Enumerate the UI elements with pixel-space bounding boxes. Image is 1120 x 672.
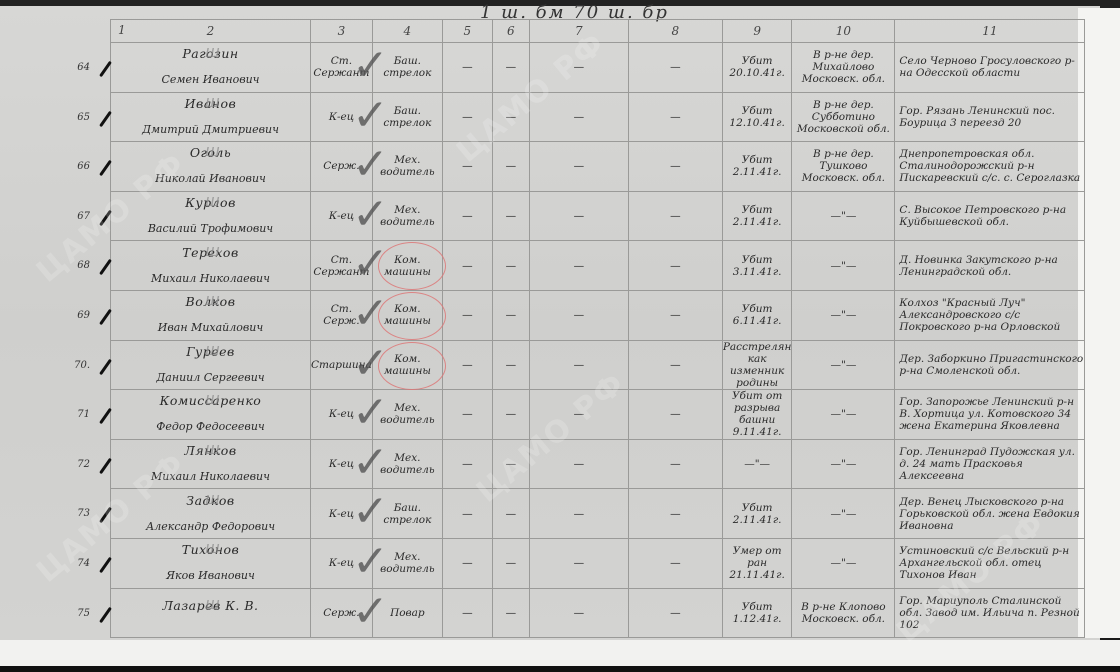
col5-cell: — (442, 191, 492, 241)
table-row: КомиссаренкошФедор ФедосеевичК-ецМех. во… (111, 390, 1085, 440)
pencil-mark-icon: ш (205, 489, 220, 508)
fate-cell: Расстрелян как изменник родины (722, 340, 792, 390)
col5-cell: — (442, 390, 492, 440)
address-cell: Д. Новинка Закутского р-на Ленинградской… (895, 241, 1085, 291)
col8-cell: — (628, 92, 722, 142)
name-cell: ГуреевшДаниил Сергеевич (111, 340, 311, 390)
name-cell: ТереховшМихаил Николаевич (111, 241, 311, 291)
check-mark-icon: ✓ (352, 143, 389, 187)
address-cell: Днепропетровская обл. Сталинодорожский р… (895, 142, 1085, 192)
col7-text: — (574, 111, 585, 123)
pencil-mark-icon: ш (205, 594, 220, 613)
table-row: ЛянковшМихаил НиколаевичК-ецМех. водител… (111, 439, 1085, 489)
col8-cell: — (628, 439, 722, 489)
column-header-5: 5 (442, 20, 492, 43)
given-names: Федор Федосеевич (111, 421, 310, 433)
col6-cell: — (492, 588, 529, 638)
rank-text: К-ец (329, 508, 354, 520)
fate-text: Убит от разрыва башни 9.11.41г. (732, 390, 782, 438)
row-number: 64 (60, 62, 90, 73)
col6-text: — (506, 557, 517, 569)
row-number: 72 (60, 459, 90, 470)
col8-cell: — (628, 340, 722, 390)
address-text: Колхоз "Красный Луч" Александровского с/… (899, 297, 1060, 333)
fate-text: —"— (744, 458, 770, 470)
col8-text: — (670, 557, 681, 569)
check-mark-icon: ✓ (352, 441, 389, 485)
col8-cell: — (628, 142, 722, 192)
given-names: Иван Михайлович (111, 322, 310, 334)
check-mark-icon: ✓ (352, 540, 389, 584)
col7-cell: — (529, 538, 628, 588)
table-row: ТихоновшЯков ИвановичК-ецМех. водитель——… (111, 538, 1085, 588)
col8-cell: — (628, 43, 722, 93)
fate-cell: —"— (722, 439, 792, 489)
place-cell: —"— (792, 439, 895, 489)
col5-text: — (462, 309, 473, 321)
place-cell: В р-не дер. Михайлово Московск. обл. (792, 43, 895, 93)
name-cell: ОгольшНиколай Иванович (111, 142, 311, 192)
col6-text: — (506, 111, 517, 123)
fate-text: Убит 2.11.41г. (733, 502, 782, 526)
place-cell: В р-не Клопово Московск. обл. (792, 588, 895, 638)
table-row: ВолковшИван МихайловичСт. Серж.Ком. маши… (111, 290, 1085, 340)
given-names: Александр Федорович (111, 521, 310, 533)
row-number: 71 (60, 409, 90, 420)
col8-text: — (670, 408, 681, 420)
col5-text: — (462, 210, 473, 222)
row-number: 68 (60, 260, 90, 271)
fate-text: Убит 12.10.41г. (729, 105, 784, 129)
place-text: —"— (830, 458, 856, 470)
col7-text: — (574, 160, 585, 172)
row-number: 74 (60, 558, 90, 569)
pencil-mark-icon: ш (205, 290, 220, 309)
fate-cell: Убит 1.12.41г. (722, 588, 792, 638)
col5-text: — (462, 408, 473, 420)
col6-cell: — (492, 340, 529, 390)
fate-text: Убит 3.11.41г. (733, 254, 782, 278)
col8-cell: — (628, 489, 722, 539)
address-text: Гор. Мариуполь Сталинской обл. Завод им.… (899, 595, 1079, 631)
check-mark-icon: ✓ (352, 44, 389, 88)
casualty-table: 2 3 4 5 6 7 8 9 10 11 РагозиншСемен Иван… (110, 19, 1085, 638)
column-header-9: 9 (722, 20, 792, 43)
row-number: 70. (60, 360, 90, 371)
table-row: ТереховшМихаил НиколаевичСт. СержантКом.… (111, 241, 1085, 291)
table-row: РагозиншСемен ИвановичСт. СержантБаш. ст… (111, 43, 1085, 93)
col6-cell: — (492, 241, 529, 291)
rank-text: К-ец (329, 408, 354, 420)
col5-cell: — (442, 340, 492, 390)
pencil-mark-icon: ш (205, 390, 220, 409)
role-text: Баш. стрелок (383, 502, 431, 526)
role-text: Баш. стрелок (383, 105, 431, 129)
col8-cell: — (628, 191, 722, 241)
column-header-8: 8 (628, 20, 722, 43)
col6-cell: — (492, 390, 529, 440)
col5-cell: — (442, 538, 492, 588)
table-row: КурловшВасилий ТрофимовичК-ецМех. водите… (111, 191, 1085, 241)
pencil-mark-icon: ш (205, 538, 220, 557)
place-cell: —"— (792, 290, 895, 340)
col6-cell: — (492, 489, 529, 539)
given-names: Яков Иванович (111, 570, 310, 582)
row-number: 73 (60, 508, 90, 519)
col7-cell: — (529, 340, 628, 390)
col8-cell: — (628, 390, 722, 440)
given-names: Даниил Сергеевич (111, 372, 310, 384)
col5-text: — (462, 557, 473, 569)
row-number: 69 (60, 310, 90, 321)
name-cell: ЛянковшМихаил Николаевич (111, 439, 311, 489)
col5-cell: — (442, 241, 492, 291)
row-number: 75 (60, 608, 90, 619)
place-text: —"— (830, 260, 856, 272)
col7-cell: — (529, 92, 628, 142)
address-text: Гор. Запорожье Ленинский р-н В. Хортица … (899, 396, 1074, 432)
column-header-2: 2 (111, 20, 311, 43)
col8-text: — (670, 61, 681, 73)
given-names: Михаил Николаевич (111, 273, 310, 285)
place-cell: —"— (792, 191, 895, 241)
col7-cell: — (529, 390, 628, 440)
pencil-mark-icon: ш (205, 43, 220, 62)
col5-text: — (462, 260, 473, 272)
fate-text: Убит 6.11.41г. (733, 303, 782, 327)
address-cell: Дер. Венец Лысковского р-на Горьковской … (895, 489, 1085, 539)
fate-cell: Убит от разрыва башни 9.11.41г. (722, 390, 792, 440)
place-cell: —"— (792, 538, 895, 588)
col8-text: — (670, 260, 681, 272)
fate-cell: Умер от ран 21.11.41г. (722, 538, 792, 588)
role-text: Баш. стрелок (383, 55, 431, 79)
column-header-11: 11 (895, 20, 1085, 43)
column-header-7: 7 (529, 20, 628, 43)
col5-text: — (462, 508, 473, 520)
pencil-mark-icon: ш (205, 92, 220, 111)
fate-text: Убит 2.11.41г. (733, 204, 782, 228)
col5-text: — (462, 160, 473, 172)
col7-text: — (574, 607, 585, 619)
col8-cell: — (628, 538, 722, 588)
scan-bottom-edge (0, 666, 1120, 672)
rank-text: К-ец (329, 557, 354, 569)
row-number: 66 (60, 161, 90, 172)
given-names: Дмитрий Дмитриевич (111, 124, 310, 136)
fate-text: Умер от ран 21.11.41г. (729, 545, 784, 581)
pencil-mark-icon: ш (205, 439, 220, 458)
col8-text: — (670, 359, 681, 371)
place-cell: В р-не дер. Субботино Московской обл. (792, 92, 895, 142)
given-names: Николай Иванович (111, 173, 310, 185)
col7-text: — (574, 61, 585, 73)
address-cell: Устиновский с/с Вельский р-н Архангельск… (895, 538, 1085, 588)
address-cell: Гор. Ленинград Пудожская ул. д. 24 мать … (895, 439, 1085, 489)
place-text: —"— (830, 508, 856, 520)
col6-cell: — (492, 43, 529, 93)
table-row: ОгольшНиколай ИвановичСерж.Мех. водитель… (111, 142, 1085, 192)
address-text: Д. Новинка Закутского р-на Ленинградской… (899, 254, 1057, 278)
address-text: Село Черново Гросуловского р-на Одесской… (899, 55, 1074, 79)
address-text: Днепропетровская обл. Сталинодорожский р… (899, 148, 1080, 184)
col6-text: — (506, 359, 517, 371)
name-cell: ТихоновшЯков Иванович (111, 538, 311, 588)
col8-text: — (670, 458, 681, 470)
place-text: —"— (830, 359, 856, 371)
address-cell: Дер. Заборкино Пригастинского р-на Смоле… (895, 340, 1085, 390)
column-header-10: 10 (792, 20, 895, 43)
name-cell: ИвановшДмитрий Дмитриевич (111, 92, 311, 142)
address-cell: Колхоз "Красный Луч" Александровского с/… (895, 290, 1085, 340)
col6-text: — (506, 61, 517, 73)
rank-text: К-ец (329, 210, 354, 222)
col6-text: — (506, 458, 517, 470)
check-mark-icon: ✓ (352, 193, 389, 237)
address-text: Дер. Заборкино Пригастинского р-на Смоле… (899, 353, 1083, 377)
pencil-mark-icon: ш (205, 191, 220, 210)
col7-cell: — (529, 439, 628, 489)
col6-text: — (506, 160, 517, 172)
col8-cell: — (628, 588, 722, 638)
given-names: Василий Трофимович (111, 223, 310, 235)
rank-text: К-ец (329, 458, 354, 470)
address-text: Устиновский с/с Вельский р-н Архангельск… (899, 545, 1069, 581)
fate-cell: Убит 2.11.41г. (722, 142, 792, 192)
row-number: 65 (60, 112, 90, 123)
address-cell: Гор. Рязань Ленинский пос. Боурица 3 пер… (895, 92, 1085, 142)
col5-text: — (462, 458, 473, 470)
address-text: Гор. Ленинград Пудожская ул. д. 24 мать … (899, 446, 1075, 482)
address-cell: Гор. Мариуполь Сталинской обл. Завод им.… (895, 588, 1085, 638)
name-cell: КомиссаренкошФедор Федосеевич (111, 390, 311, 440)
table-row: ГуреевшДаниил СергеевичСтаршинаКом. маши… (111, 340, 1085, 390)
col5-text: — (462, 111, 473, 123)
place-text: —"— (830, 210, 856, 222)
place-text: В р-не дер. Субботино Московской обл. (797, 99, 890, 135)
col7-text: — (574, 260, 585, 272)
col5-cell: — (442, 290, 492, 340)
col7-cell: — (529, 489, 628, 539)
name-cell: КурловшВасилий Трофимович (111, 191, 311, 241)
place-text: —"— (830, 309, 856, 321)
check-mark-icon: ✓ (352, 490, 389, 534)
fate-text: Расстрелян как изменник родины (723, 341, 792, 389)
col5-cell: — (442, 92, 492, 142)
col6-cell: — (492, 290, 529, 340)
address-cell: Гор. Запорожье Ленинский р-н В. Хортица … (895, 390, 1085, 440)
given-names: Михаил Николаевич (111, 471, 310, 483)
address-text: С. Высокое Петровского р-на Куйбышевской… (899, 204, 1066, 228)
col7-text: — (574, 508, 585, 520)
red-circle-annotation (378, 292, 446, 340)
col7-text: — (574, 557, 585, 569)
place-text: В р-не дер. Михайлово Московск. обл. (802, 49, 885, 85)
col5-cell: — (442, 439, 492, 489)
row-number: 67 (60, 211, 90, 222)
col8-cell: — (628, 290, 722, 340)
col5-cell: — (442, 142, 492, 192)
place-cell: —"— (792, 390, 895, 440)
col7-text: — (574, 309, 585, 321)
fate-cell: Убит 20.10.41г. (722, 43, 792, 93)
name-cell: Лазарев К. В.ш (111, 588, 311, 638)
place-cell: В р-не дер. Тушково Московск. обл. (792, 142, 895, 192)
col8-text: — (670, 607, 681, 619)
check-mark-icon: ✓ (352, 391, 389, 435)
place-text: —"— (830, 557, 856, 569)
col6-text: — (506, 607, 517, 619)
fate-cell: Убит 2.11.41г. (722, 191, 792, 241)
pencil-mark-icon: ш (205, 142, 220, 161)
col7-text: — (574, 359, 585, 371)
col6-cell: — (492, 191, 529, 241)
col6-text: — (506, 508, 517, 520)
col5-cell: — (442, 489, 492, 539)
col5-text: — (462, 607, 473, 619)
col7-cell: — (529, 142, 628, 192)
col6-cell: — (492, 439, 529, 489)
place-cell: —"— (792, 241, 895, 291)
table-row: ИвановшДмитрий ДмитриевичК-ецБаш. стрело… (111, 92, 1085, 142)
col7-cell: — (529, 191, 628, 241)
col6-cell: — (492, 142, 529, 192)
col6-cell: — (492, 92, 529, 142)
col7-text: — (574, 210, 585, 222)
col7-text: — (574, 458, 585, 470)
col7-cell: — (529, 241, 628, 291)
col7-cell: — (529, 43, 628, 93)
table-row: ЗадковшАлександр ФедоровичК-ецБаш. стрел… (111, 489, 1085, 539)
address-text: Гор. Рязань Ленинский пос. Боурица 3 пер… (899, 105, 1055, 129)
col6-text: — (506, 260, 517, 272)
fate-text: Убит 2.11.41г. (733, 154, 782, 178)
col8-text: — (670, 508, 681, 520)
check-mark-icon: ✓ (352, 590, 389, 634)
pencil-mark-icon: ш (205, 241, 220, 260)
address-cell: Село Черново Гросуловского р-на Одесской… (895, 43, 1085, 93)
col5-text: — (462, 61, 473, 73)
col8-text: — (670, 111, 681, 123)
col8-text: — (670, 309, 681, 321)
col5-cell: — (442, 588, 492, 638)
role-text: Повар (390, 607, 425, 619)
rank-text: К-ец (329, 111, 354, 123)
name-cell: РагозиншСемен Иванович (111, 43, 311, 93)
place-text: В р-не Клопово Московск. обл. (801, 601, 885, 625)
red-circle-annotation (378, 342, 446, 390)
name-cell: ВолковшИван Михайлович (111, 290, 311, 340)
col5-cell: — (442, 43, 492, 93)
fate-cell: Убит 12.10.41г. (722, 92, 792, 142)
header-row: 2 3 4 5 6 7 8 9 10 11 (111, 20, 1085, 43)
fate-text: Убит 1.12.41г. (733, 601, 782, 625)
place-cell: —"— (792, 489, 895, 539)
fate-cell: Убит 3.11.41г. (722, 241, 792, 291)
check-mark-icon: ✓ (352, 94, 389, 138)
col7-text: — (574, 408, 585, 420)
col6-cell: — (492, 538, 529, 588)
fate-cell: Убит 2.11.41г. (722, 489, 792, 539)
fate-cell: Убит 6.11.41г. (722, 290, 792, 340)
address-text: Дер. Венец Лысковского р-на Горьковской … (899, 496, 1079, 532)
place-text: В р-не дер. Тушково Московск. обл. (802, 148, 885, 184)
col7-cell: — (529, 588, 628, 638)
col8-cell: — (628, 241, 722, 291)
col5-text: — (462, 359, 473, 371)
name-cell: ЗадковшАлександр Федорович (111, 489, 311, 539)
place-text: —"— (830, 408, 856, 420)
address-cell: С. Высокое Петровского р-на Куйбышевской… (895, 191, 1085, 241)
col8-text: — (670, 210, 681, 222)
table-row: Лазарев К. В.шСерж.Повар————Убит 1.12.41… (111, 588, 1085, 638)
col6-text: — (506, 408, 517, 420)
pencil-mark-icon: ш (205, 340, 220, 359)
given-names: Семен Иванович (111, 74, 310, 86)
col7-cell: — (529, 290, 628, 340)
fate-text: Убит 20.10.41г. (729, 55, 784, 79)
col6-text: — (506, 309, 517, 321)
column-header-6: 6 (492, 20, 529, 43)
col8-text: — (670, 160, 681, 172)
col6-text: — (506, 210, 517, 222)
place-cell: —"— (792, 340, 895, 390)
scan-bottom-margin (0, 640, 1120, 666)
